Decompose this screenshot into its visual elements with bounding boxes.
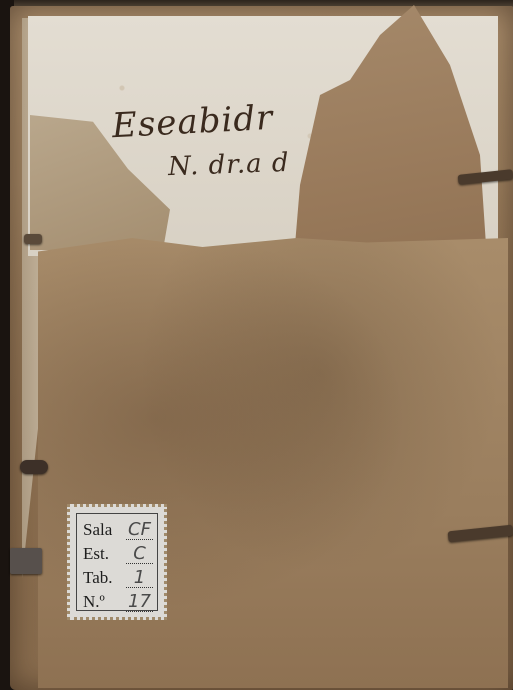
handwritten-title-line1: Eseabidr [111, 98, 274, 146]
label-key: Sala [83, 520, 123, 540]
leather-tie-left-mid [20, 460, 48, 474]
shelfmark-label: Sala CF Est. C Tab. 1 N.º 17 [67, 504, 167, 620]
label-row-sala: Sala CF [83, 520, 153, 542]
label-row-number: N.º 17 [83, 592, 153, 614]
label-value: 17 [126, 593, 153, 612]
label-key: N.º [83, 592, 123, 612]
label-row-est: Est. C [83, 544, 153, 566]
label-key: Tab. [83, 568, 123, 588]
label-border: Sala CF Est. C Tab. 1 N.º 17 [76, 513, 158, 611]
leather-tie-left-top [24, 234, 42, 244]
lower-leather-panel [38, 238, 508, 688]
label-value: C [126, 545, 153, 564]
leather-strap-left [10, 548, 42, 574]
label-value: CF [126, 521, 153, 540]
label-row-tab: Tab. 1 [83, 568, 153, 590]
label-key: Est. [83, 544, 123, 564]
handwritten-title-line2: N. dr.a d [168, 148, 290, 182]
label-value: 1 [126, 569, 153, 588]
